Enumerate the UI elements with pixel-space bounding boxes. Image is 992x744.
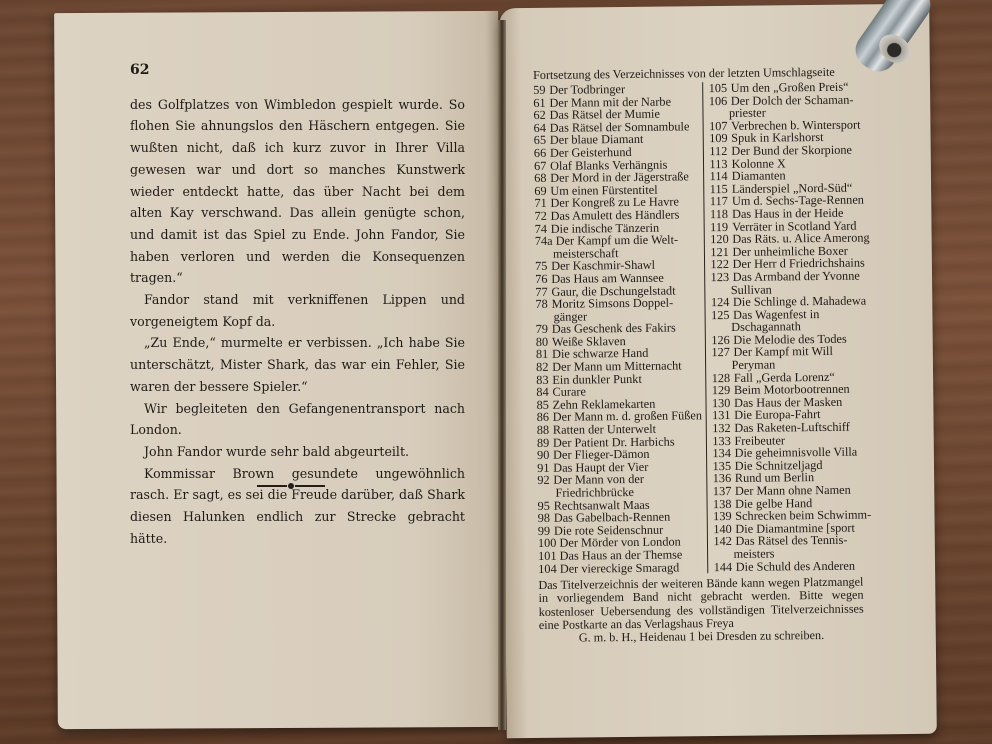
publisher-note-text: Das Titelverzeichnis der weiteren Bände … [538, 575, 863, 632]
entry-number: 76 [535, 273, 548, 286]
paragraph: Fandor stand mit verkniffenen Lippen und… [130, 289, 465, 332]
paragraph: Wir begleiteten den Gefangenentransport … [130, 398, 465, 441]
entry-number: 125 [711, 309, 730, 322]
paragraph: Kommissar Brown gesundete ungewöhnlich r… [130, 463, 465, 550]
entry-number: 78 [535, 298, 548, 311]
index-entry: 104 Der viereckige Smaragd [538, 561, 706, 575]
index-column-right: 105 Um den „Großen Preis“106 Der Dolch d… [704, 80, 874, 573]
entry-number: 88 [537, 424, 550, 437]
entry-title: Der viereckige Smaragd [560, 561, 680, 575]
entry-title: Das Raketen-Luftschiff [734, 421, 850, 435]
entry-title: Das Armband der Yvonne [733, 269, 860, 283]
section-end-ornament-icon [257, 484, 325, 488]
index-entry: 132 Das Raketen-Luftschiff [712, 421, 872, 435]
entry-number: 82 [536, 361, 549, 374]
entry-number: 124 [711, 296, 730, 309]
entry-number: 112 [709, 145, 728, 158]
entry-number: 66 [534, 147, 547, 160]
entry-title: Die Schuld des Anderen [736, 559, 855, 573]
entry-title: Moritz Simsons Doppel- [551, 297, 673, 311]
entry-number: 98 [538, 512, 551, 525]
entry-number: 120 [710, 233, 729, 246]
entry-title: Der Bund der Skorpione [731, 144, 852, 158]
entry-number: 132 [712, 422, 731, 435]
index-entry: 112 Der Bund der Skorpione [709, 143, 869, 157]
paragraph: „Zu Ende,“ murmelte er verbissen. „Ich h… [130, 332, 465, 397]
entry-number: 104 [538, 562, 557, 575]
book-gutter [498, 20, 506, 730]
entry-number: 92 [537, 474, 550, 487]
publisher-note: Das Titelverzeichnis der weiteren Bände … [538, 576, 864, 646]
index-entry: 144 Die Schuld des Anderen [714, 559, 874, 573]
entry-number: 127 [711, 346, 730, 359]
entry-number: 106 [709, 95, 728, 108]
entry-number: 101 [538, 550, 557, 563]
index-column-left: 59 Der Todbringer61 Der Mann mit der Nar… [533, 82, 709, 575]
entry-number: 123 [711, 271, 730, 284]
paragraph: des Golfplatzes von Wimbledon gespielt w… [130, 94, 465, 289]
entry-number: 142 [713, 535, 732, 548]
entry-number: 118 [710, 208, 729, 221]
entry-number: 72 [534, 210, 547, 223]
paragraph: John Fandor wurde sehr bald abgeurteilt. [130, 441, 465, 463]
entry-number: 62 [533, 109, 546, 122]
entry-number: 74a [535, 235, 553, 248]
entry-number: 68 [534, 172, 547, 185]
entry-number: 105 [709, 82, 728, 95]
index-entry: 123 Das Armband der Yvonne [711, 269, 871, 283]
entry-number: 59 [533, 84, 546, 97]
left-page-text: 62 des Golfplatzes von Wimbledon gespiel… [130, 60, 465, 549]
title-index: Fortsetzung des Verzeichnisses von der l… [533, 64, 874, 645]
page-number: 62 [130, 60, 465, 82]
entry-number: 137 [713, 485, 732, 498]
entry-number: 144 [714, 560, 733, 573]
